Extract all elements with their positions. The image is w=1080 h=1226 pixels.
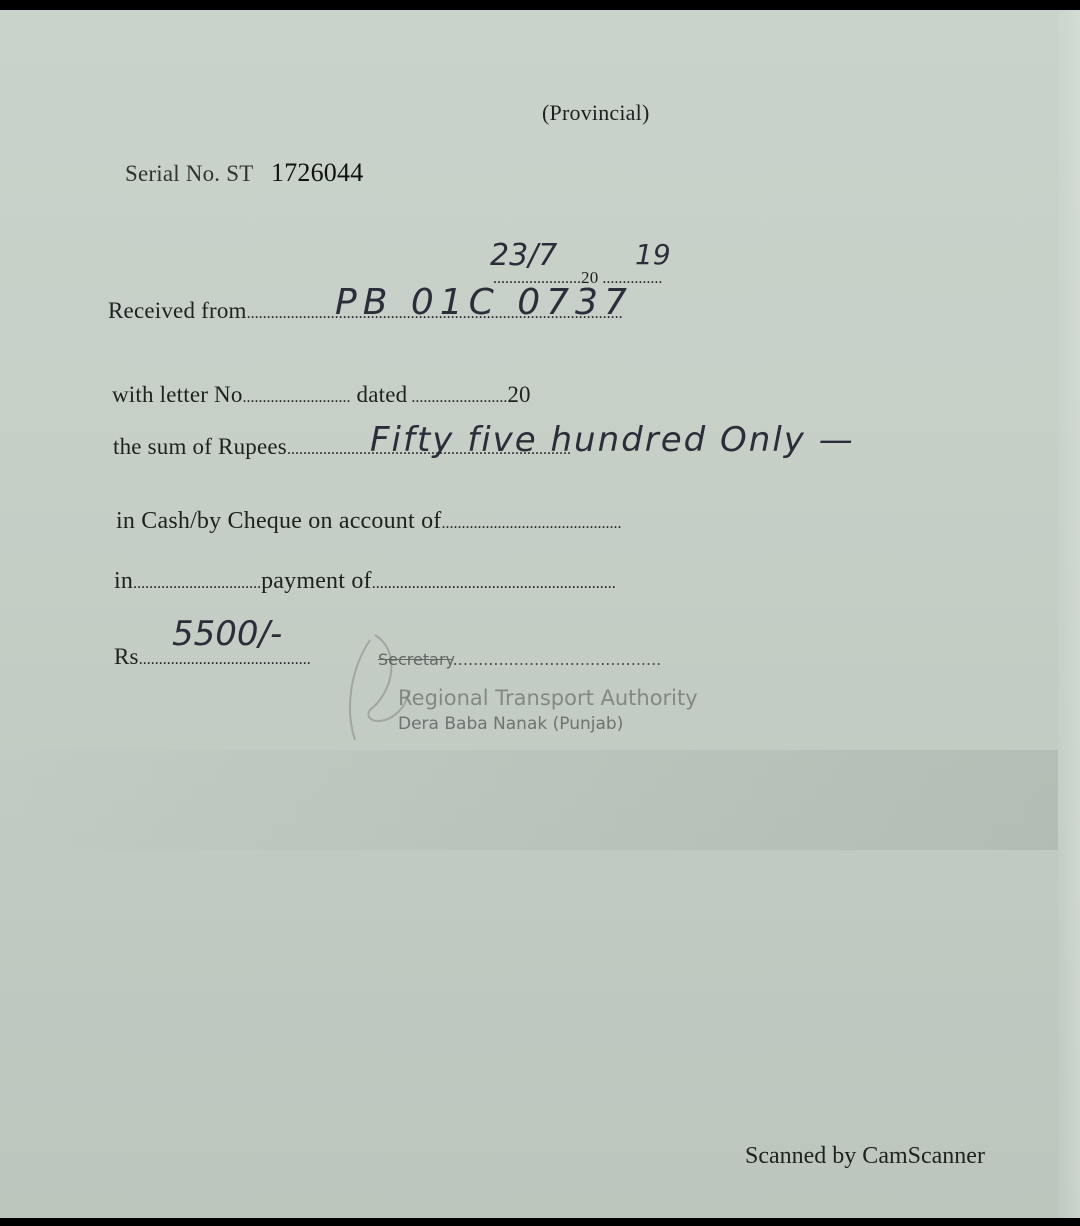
amount-label: Rs — [114, 644, 139, 669]
signatory-row: Secretary...............................… — [378, 650, 661, 669]
handwritten-year: 19 — [635, 238, 671, 271]
payment-of-row: in................................paymen… — [114, 568, 616, 595]
letter-label: with letter No — [112, 382, 243, 407]
receipt-header: (Provincial) — [542, 100, 649, 126]
payment-of-prefix: in — [114, 568, 133, 594]
letter-row: with letter No..........................… — [112, 382, 531, 408]
payment-mode-row: in Cash/by Cheque on account of.........… — [116, 508, 621, 535]
stamp-location: Dera Baba Nanak (Punjab) — [398, 714, 623, 734]
payment-mode-label: in Cash/by Cheque on account of — [116, 508, 441, 534]
signatory-label: Secretary — [378, 650, 453, 669]
paper-edge — [1058, 10, 1080, 1218]
paper-shadow — [0, 750, 1058, 850]
serial-number-row: Serial No. ST 1726044 — [125, 158, 363, 188]
serial-label: Serial No. ST — [125, 161, 253, 186]
received-from-label: Received from — [108, 298, 247, 323]
letter-year-prefix: 20 — [507, 382, 530, 407]
received-from-value: PB 01C 0737 — [335, 282, 633, 323]
dated-label: dated — [357, 382, 408, 407]
camscanner-watermark: Scanned by CamScanner — [745, 1143, 985, 1170]
serial-number: 1726044 — [271, 158, 363, 187]
sum-value: Fifty five hundred Only — — [370, 420, 855, 460]
sum-label: the sum of Rupees — [113, 434, 287, 459]
payment-of-label: payment of — [261, 568, 372, 594]
stamp-authority: Regional Transport Authority — [398, 686, 698, 710]
receipt-paper: (Provincial) Serial No. ST 1726044 23/7 … — [0, 10, 1080, 1218]
amount-value: 5500/- — [172, 614, 282, 654]
